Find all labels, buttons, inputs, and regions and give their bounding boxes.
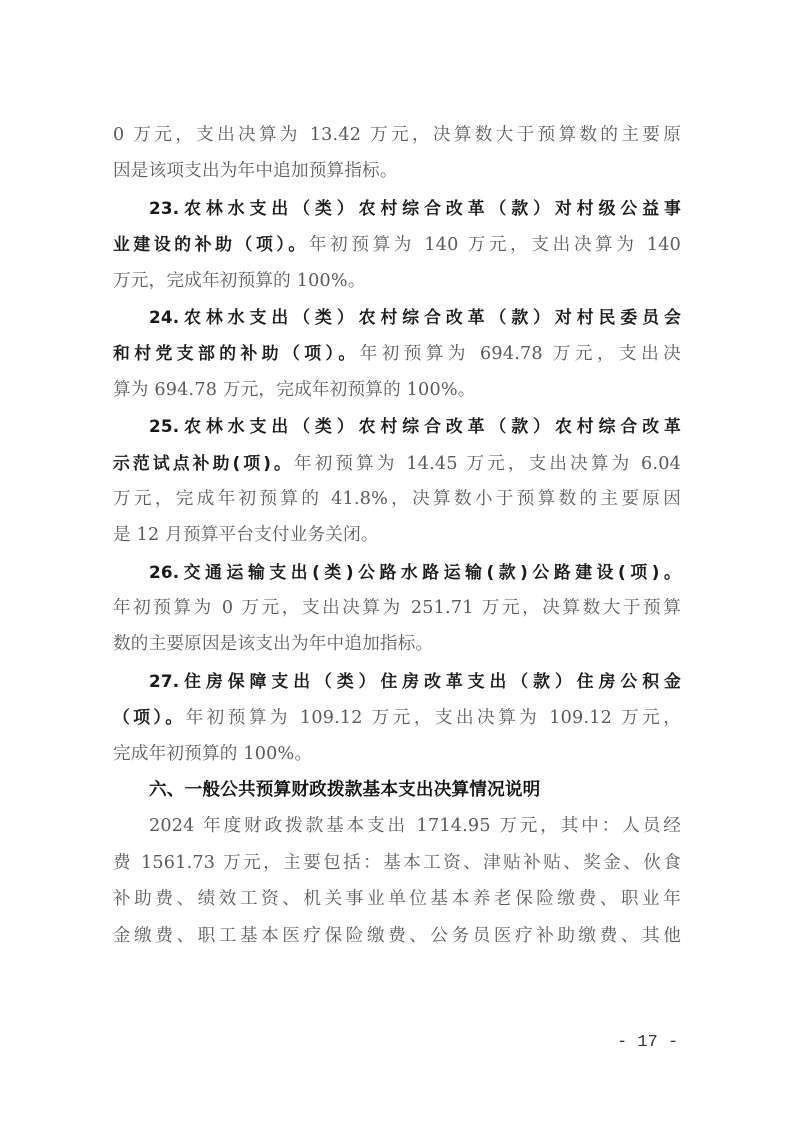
item-title: 25.农林水支出（类）农村综合改革（款）农村综合改革 (149, 416, 681, 436)
text-line: 费 1561.73 万元，主要包括：基本工资、津贴补贴、奖金、伙食 (113, 845, 681, 881)
item-title: 26.交通运输支出(类)公路水路运输(款)公路建设(项)。 (149, 562, 681, 582)
text-line: 示范试点补助(项)。年初预算为 14.45 万元，支出决算为 6.04 (113, 445, 681, 481)
text-line: 数的主要原因是该支出为年中追加指标。 (113, 626, 681, 662)
item-text: 因是该项支出为年中追加预算指标。 (113, 161, 398, 181)
text-line: 因是该项支出为年中追加预算指标。 (113, 153, 681, 189)
item-text: 年初预算为 0 万元，支出决算为 251.71 万元，决算数大于预算 (113, 598, 681, 618)
text-line: 金缴费、职工基本医疗保险缴费、公务员医疗补助缴费、其他 (113, 918, 681, 954)
item-text: 万元，完成年初预算的 100%。 (113, 271, 366, 291)
text-line: 和村党支部的补助（项）。年初预算为 694.78 万元，支出决 (113, 335, 681, 371)
item-text: 年初预算为 109.12 万元，支出决算为 109.12 万元， (186, 708, 681, 728)
item-title: 业建设的补助（项）。 (113, 234, 309, 254)
text-line: 27.住房保障支出（类）住房改革支出（款）住房公积金 (113, 663, 681, 699)
text-line: 25.农林水支出（类）农村综合改革（款）农村综合改革 (113, 408, 681, 444)
text-line: 24.农林水支出（类）农村综合改革（款）对村民委员会 (113, 299, 681, 335)
text-line: 补助费、绩效工资、机关事业单位基本养老保险缴费、职业年 (113, 881, 681, 917)
text-line: 2024 年度财政拨款基本支出 1714.95 万元，其中：人员经 (113, 808, 681, 844)
item-text: 0 万元，支出决算为 13.42 万元，决算数大于预算数的主要原 (113, 125, 681, 145)
item-text: 年初预算为 140 万元，支出决算为 140 (309, 235, 681, 255)
item-title: 和村党支部的补助（项）。 (113, 343, 360, 363)
section-heading: 六、一般公共预算财政拨款基本支出决算情况说明 (113, 772, 681, 808)
text-line: 0 万元，支出决算为 13.42 万元，决算数大于预算数的主要原 (113, 117, 681, 153)
item-text: 年初预算为 694.78 万元，支出决 (360, 344, 681, 364)
item-title: 示范试点补助(项)。 (113, 453, 294, 473)
item-title: （项）。 (113, 707, 186, 727)
item-text: 完成年初预算的 100%。 (113, 744, 312, 764)
document-page: 0 万元，支出决算为 13.42 万元，决算数大于预算数的主要原因是该项支出为年… (113, 117, 681, 954)
text-line: 业建设的补助（项）。年初预算为 140 万元，支出决算为 140 (113, 226, 681, 262)
item-text: 万元，完成年初预算的 41.8%，决算数小于预算数的主要原因 (113, 489, 681, 509)
text-line: 万元，完成年初预算的 100%。 (113, 263, 681, 299)
text-line: 年初预算为 0 万元，支出决算为 251.71 万元，决算数大于预算 (113, 590, 681, 626)
item-text: 是 12 月预算平台支付业务关闭。 (113, 525, 379, 545)
item-title: 24.农林水支出（类）农村综合改革（款）对村民委员会 (149, 307, 681, 327)
text-line: （项）。年初预算为 109.12 万元，支出决算为 109.12 万元， (113, 699, 681, 735)
item-title: 23.农林水支出（类）农村综合改革（款）对村级公益事 (149, 198, 681, 218)
item-text: 算为 694.78 万元，完成年初预算的 100%。 (113, 380, 476, 400)
page-number: - 17 - (617, 1033, 678, 1052)
text-line: 完成年初预算的 100%。 (113, 736, 681, 772)
text-line: 26.交通运输支出(类)公路水路运输(款)公路建设(项)。 (113, 554, 681, 590)
section-body: 2024 年度财政拨款基本支出 1714.95 万元，其中：人员经费 1561.… (113, 808, 681, 954)
item-text: 数的主要原因是该支出为年中追加指标。 (113, 634, 433, 654)
item-text: 年初预算为 14.45 万元，支出决算为 6.04 (294, 454, 681, 474)
text-line: 是 12 月预算平台支付业务关闭。 (113, 517, 681, 553)
text-line: 万元，完成年初预算的 41.8%，决算数小于预算数的主要原因 (113, 481, 681, 517)
text-line: 23.农林水支出（类）农村综合改革（款）对村级公益事 (113, 190, 681, 226)
text-line: 算为 694.78 万元，完成年初预算的 100%。 (113, 372, 681, 408)
item-title: 27.住房保障支出（类）住房改革支出（款）住房公积金 (149, 671, 681, 691)
document-body: 0 万元，支出决算为 13.42 万元，决算数大于预算数的主要原因是该项支出为年… (113, 117, 681, 772)
